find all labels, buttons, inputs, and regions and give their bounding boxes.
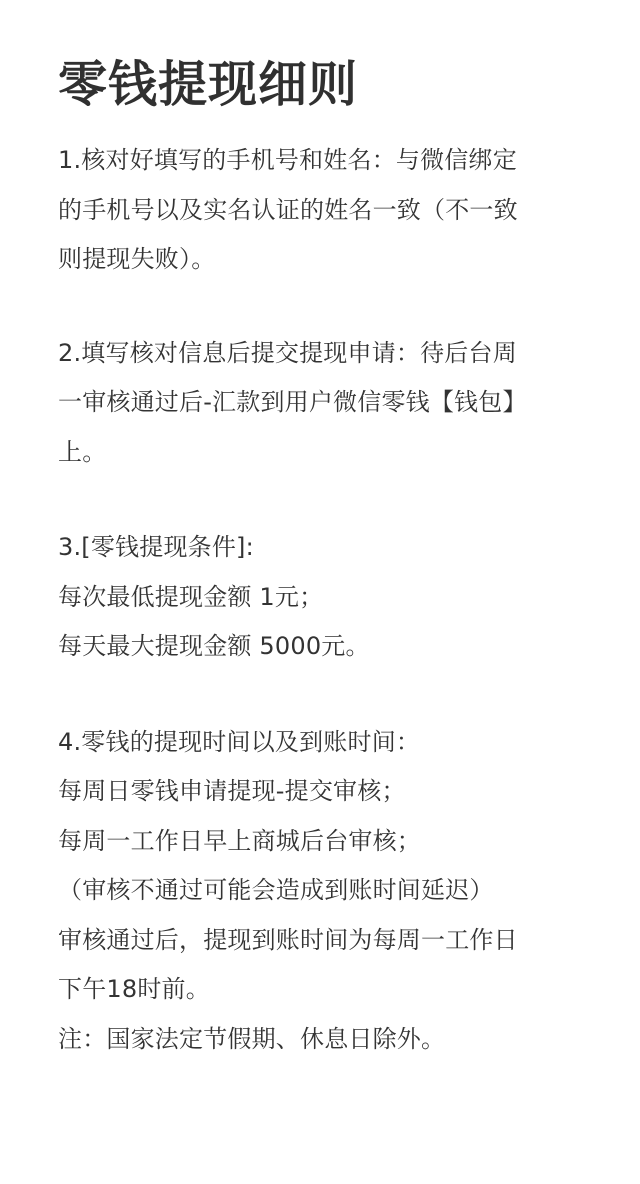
- rule-line: 的手机号以及实名认证的姓名一致（不一致: [58, 186, 588, 236]
- rule-section-1: 1.核对好填写的手机号和姓名：与微信绑定 的手机号以及实名认证的姓名一致（不一致…: [58, 136, 588, 285]
- rule-section-4: 4.零钱的提现时间以及到账时间： 每周日零钱申请提现-提交审核； 每周一工作日早…: [58, 718, 588, 1065]
- rule-line: 2.填写核对信息后提交提现申请：待后台周: [58, 329, 588, 379]
- rule-section-3: 3.[零钱提现条件]: 每次最低提现金额 1元； 每天最大提现金额 5000元。: [58, 523, 588, 672]
- rule-line: 3.[零钱提现条件]:: [58, 523, 588, 573]
- rule-line: 注：国家法定节假期、休息日除外。: [58, 1015, 588, 1065]
- rule-line: 一审核通过后-汇款到用户微信零钱【钱包】: [58, 378, 588, 428]
- rule-line: 每天最大提现金额 5000元。: [58, 622, 588, 672]
- rule-line: 审核通过后，提现到账时间为每周一工作日: [58, 916, 588, 966]
- rule-line: 下午18时前。: [58, 965, 588, 1015]
- rules-content: 1.核对好填写的手机号和姓名：与微信绑定 的手机号以及实名认证的姓名一致（不一致…: [58, 136, 588, 1113]
- rule-line: 每次最低提现金额 1元；: [58, 573, 588, 623]
- rule-line: 1.核对好填写的手机号和姓名：与微信绑定: [58, 136, 588, 186]
- page-title: 零钱提现细则: [58, 52, 358, 118]
- rule-line: 每周日零钱申请提现-提交审核；: [58, 767, 588, 817]
- rule-section-2: 2.填写核对信息后提交提现申请：待后台周 一审核通过后-汇款到用户微信零钱【钱包…: [58, 329, 588, 478]
- rule-line: 每周一工作日早上商城后台审核；: [58, 817, 588, 867]
- rule-line: 则提现失败）。: [58, 235, 588, 285]
- rule-line: （审核不通过可能会造成到账时间延迟）: [58, 866, 588, 916]
- rule-line: 上。: [58, 428, 588, 478]
- rule-line: 4.零钱的提现时间以及到账时间：: [58, 718, 588, 768]
